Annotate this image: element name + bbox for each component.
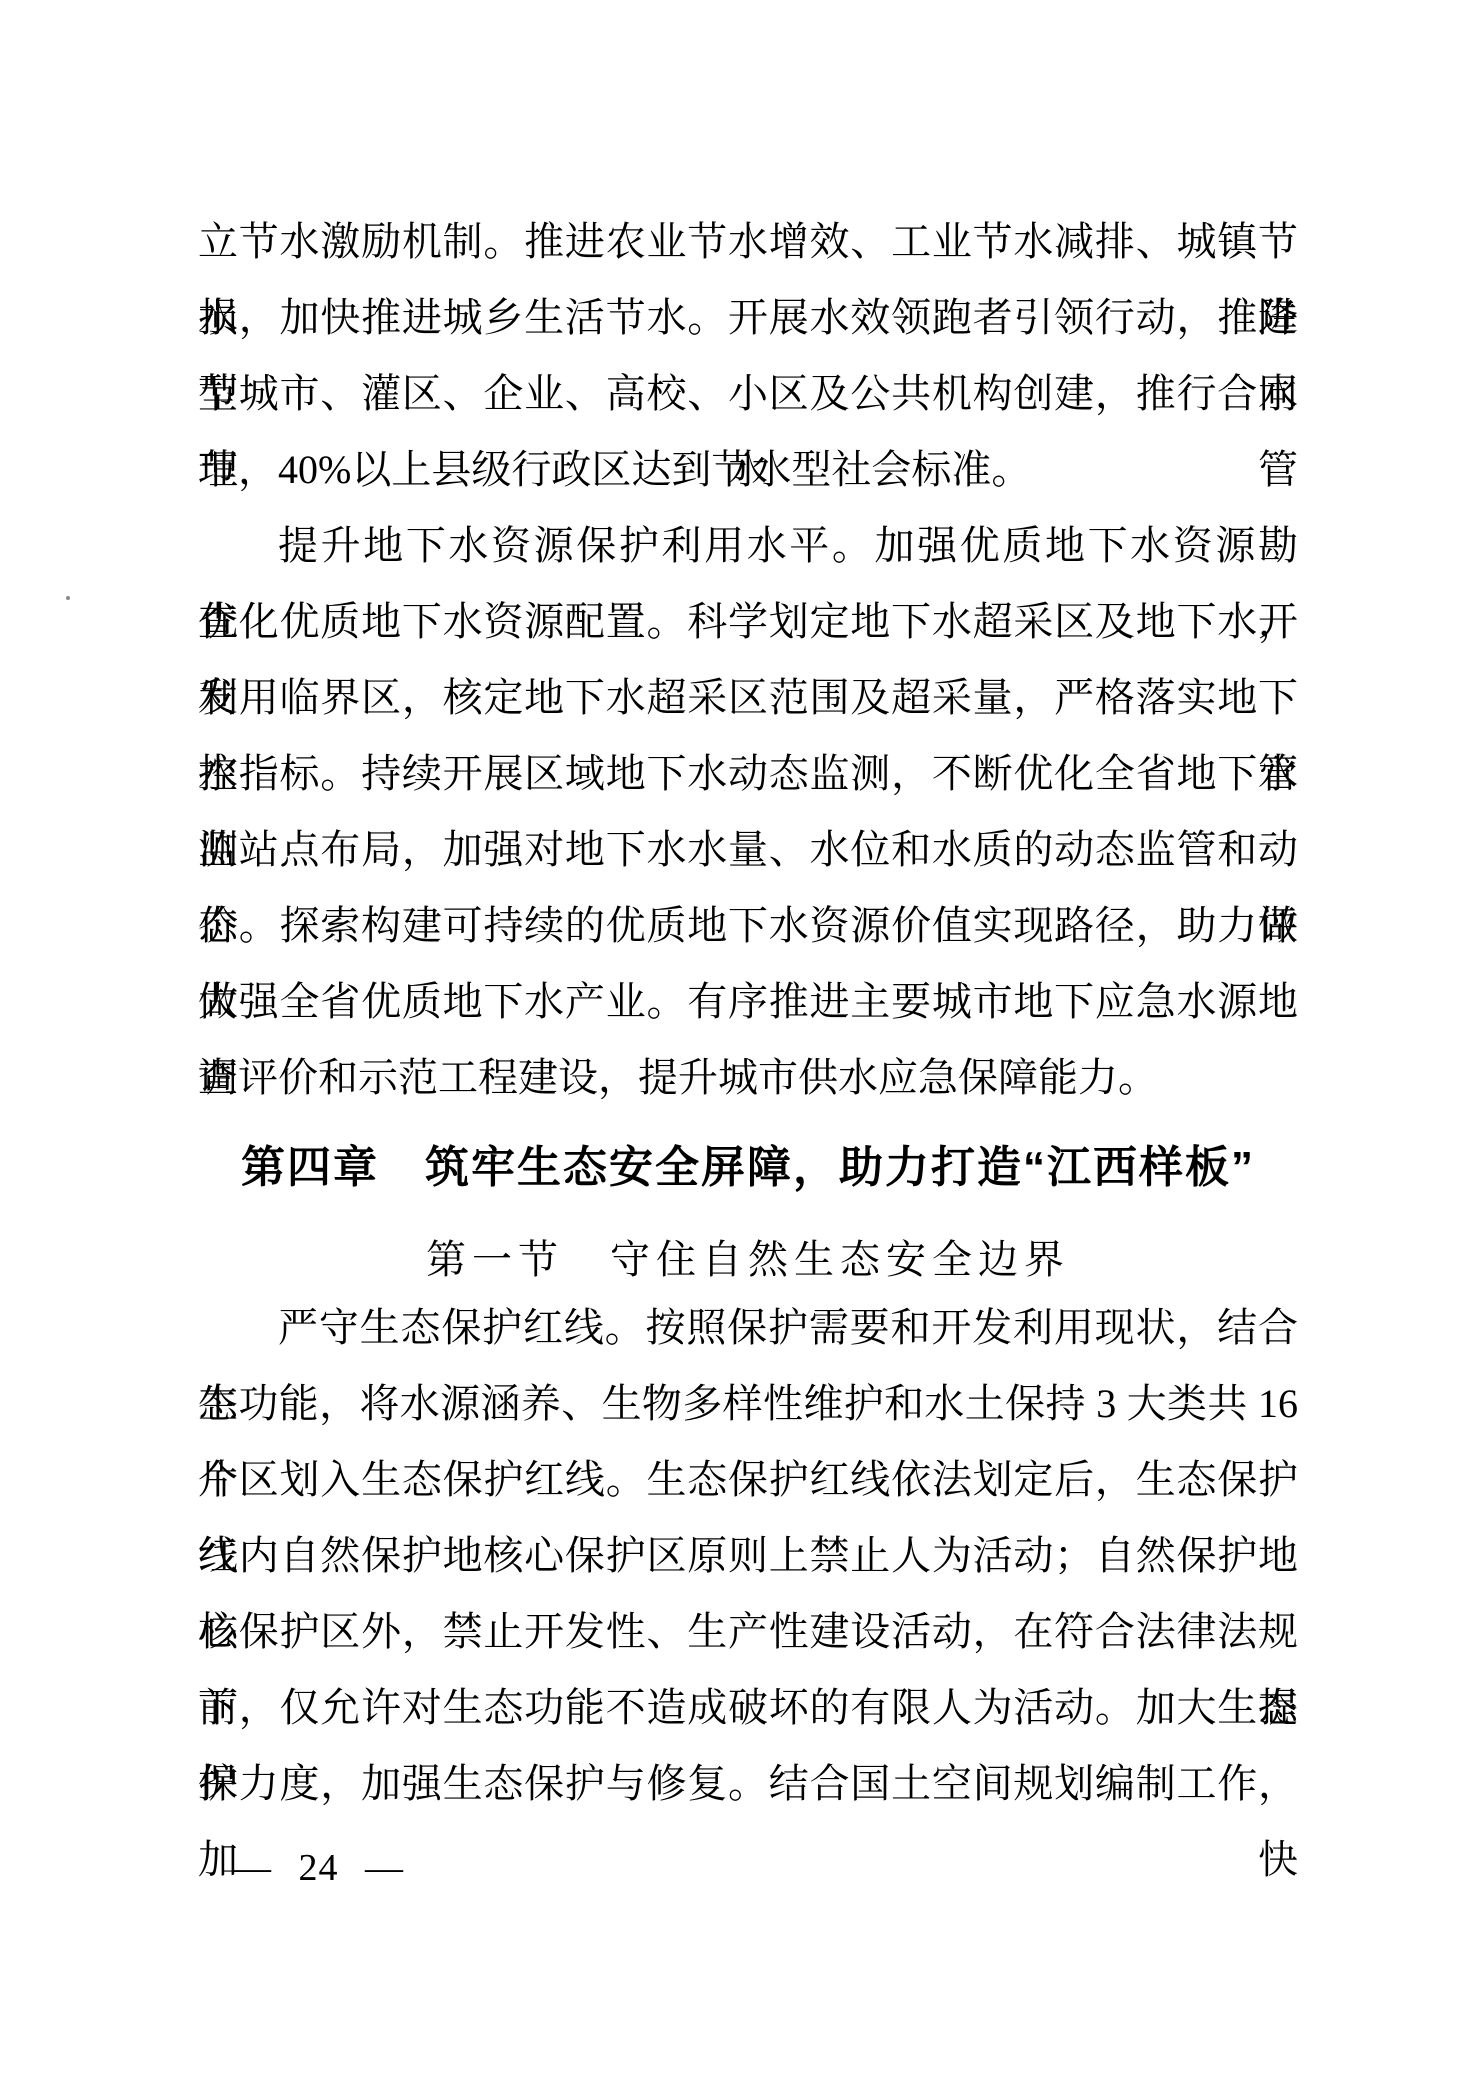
scan-speck	[66, 596, 70, 600]
body-text-line: 价。探索构建可持续的优质地下水资源价值实现路径，助力做大	[198, 888, 1298, 964]
body-text-line: 立节水激励机制。推进农业节水增效、工业节水减排、城镇节水降	[198, 204, 1298, 280]
body-text-line: 护力度，加强生态保护与修复。结合国土空间规划编制工作，加快	[198, 1746, 1298, 1822]
paragraph-lead-in: 严守生态保护红线。	[278, 1305, 646, 1350]
body-text-line: 片区划入生态保护红线。生态保护红线依法划定后，生态保护红	[198, 1442, 1298, 1518]
paragraph-lead-line: 提升地下水资源保护利用水平。加强优质地下水资源勘查，	[198, 508, 1298, 584]
chapter-heading: 第四章 筑牢生态安全屏障，助力打造“江西样板”	[198, 1128, 1298, 1208]
body-text-line: 心保护区外，禁止开发性、生产性建设活动，在符合法律法规前提	[198, 1594, 1298, 1670]
document-page: 立节水激励机制。推进农业节水增效、工业节水减排、城镇节水降损，加快推进城乡生活节…	[0, 0, 1481, 2098]
body-text-line: 态功能，将水源涵养、生物多样性维护和水土保持 3 大类共 16 个	[198, 1366, 1298, 1442]
page-number: — 24 —	[233, 1840, 404, 1896]
body-text-line: 损，加快推进城乡生活节水。开展水效领跑者引领行动，推进节水	[198, 280, 1298, 356]
body-text-line: 优化优质地下水资源配置。科学划定地下水超采区及地下水开发	[198, 584, 1298, 660]
body-text-line: 线内自然保护地核心保护区原则上禁止人为活动；自然保护地核	[198, 1518, 1298, 1594]
paragraph-lead-line: 严守生态保护红线。按照保护需要和开发利用现状，结合生	[198, 1290, 1298, 1366]
page-number-label: — 24 —	[233, 1847, 404, 1889]
body-text-line: 型城市、灌区、企业、高校、小区及公共机构创建，推行合同节水管	[198, 356, 1298, 432]
body-text-line: 做强全省优质地下水产业。有序推进主要城市地下应急水源地调	[198, 964, 1298, 1040]
body-text-line: 控指标。持续开展区域地下水动态监测，不断优化全省地下水监	[198, 736, 1298, 812]
paragraph-lead-in: 提升地下水资源保护利用水平。	[278, 523, 875, 568]
body-text-line: 测站点布局，加强对地下水水量、水位和水质的动态监管和动态评	[198, 812, 1298, 888]
body-text-line: 下，仅允许对生态功能不造成破坏的有限人为活动。加大生态保	[198, 1670, 1298, 1746]
section-heading: 第一节 守住自然生态安全边界	[198, 1230, 1298, 1290]
text-block: 立节水激励机制。推进农业节水增效、工业节水减排、城镇节水降损，加快推进城乡生活节…	[198, 204, 1298, 1822]
body-text-line: 查评价和示范工程建设，提升城市供水应急保障能力。	[198, 1040, 1298, 1116]
body-text-line: 利用临界区，核定地下水超采区范围及超采量，严格落实地下水管	[198, 660, 1298, 736]
